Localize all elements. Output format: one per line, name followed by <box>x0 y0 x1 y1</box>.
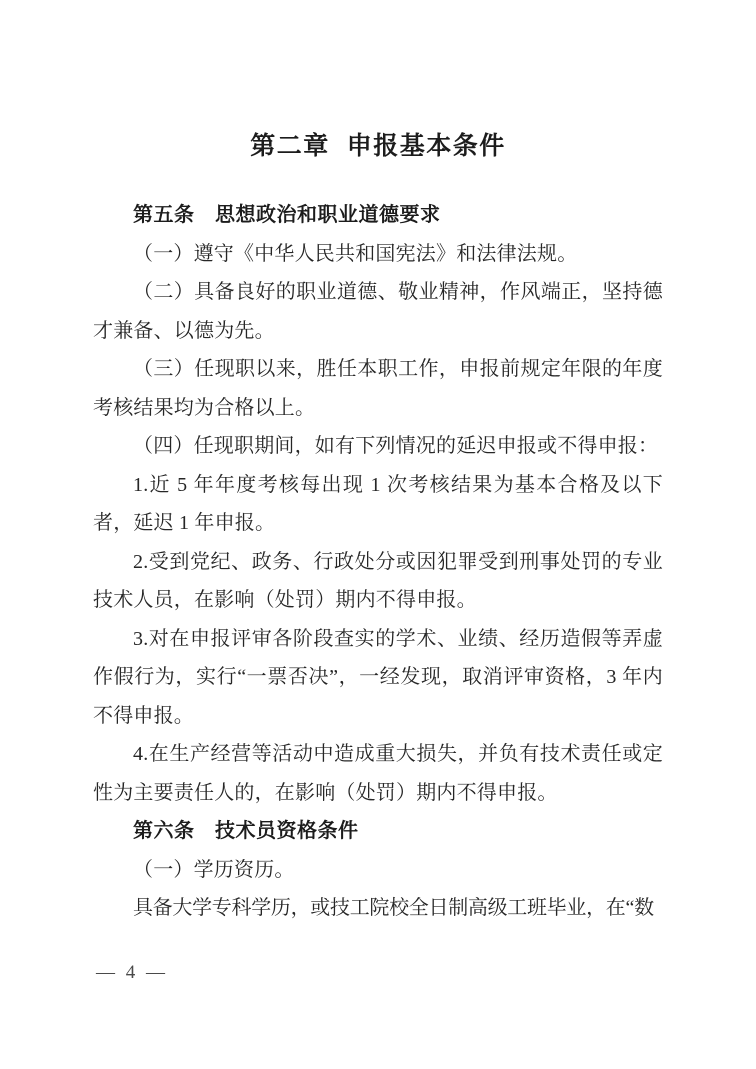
paragraph-education-label: （一）学历资历。 <box>93 851 663 890</box>
paragraph-subitem-3: 3.对在申报评审各阶段查实的学术、业绩、经历造假等弄虚作假行为，实行“一票否决”… <box>93 620 663 736</box>
paragraph-item-3: （三）任现职以来，胜任本职工作，申报前规定年限的年度考核结果均为合格以上。 <box>93 350 663 427</box>
section-heading-article-6: 第六条 技术员资格条件 <box>93 812 663 851</box>
paragraph-item-4: （四）任现职期间，如有下列情况的延迟申报或不得申报： <box>93 427 663 466</box>
paragraph-subitem-2: 2.受到党纪、政务、行政处分或因犯罪受到刑事处罚的专业技术人员，在影响（处罚）期… <box>93 543 663 620</box>
document-body: 第五条 思想政治和职业道德要求 （一）遵守《中华人民共和国宪法》和法律法规。 （… <box>93 196 663 928</box>
paragraph-item-2: （二）具备良好的职业道德、敬业精神，作风端正，坚持德才兼备、以德为先。 <box>93 273 663 350</box>
chapter-title: 第二章 申报基本条件 <box>0 126 756 162</box>
paragraph-subitem-1: 1.近 5 年年度考核每出现 1 次考核结果为基本合格及以下者，延迟 1 年申报… <box>93 466 663 543</box>
paragraph-subitem-4: 4.在生产经营等活动中造成重大损失，并负有技术责任或定性为主要责任人的，在影响（… <box>93 735 663 812</box>
paragraph-education-requirement: 具备大学专科学历，或技工院校全日制高级工班毕业，在“数 <box>93 889 663 928</box>
page-number: — 4 — <box>96 962 168 984</box>
paragraph-item-1: （一）遵守《中华人民共和国宪法》和法律法规。 <box>93 235 663 274</box>
section-heading-article-5: 第五条 思想政治和职业道德要求 <box>93 196 663 235</box>
document-page: 第二章 申报基本条件 第五条 思想政治和职业道德要求 （一）遵守《中华人民共和国… <box>0 0 756 1069</box>
